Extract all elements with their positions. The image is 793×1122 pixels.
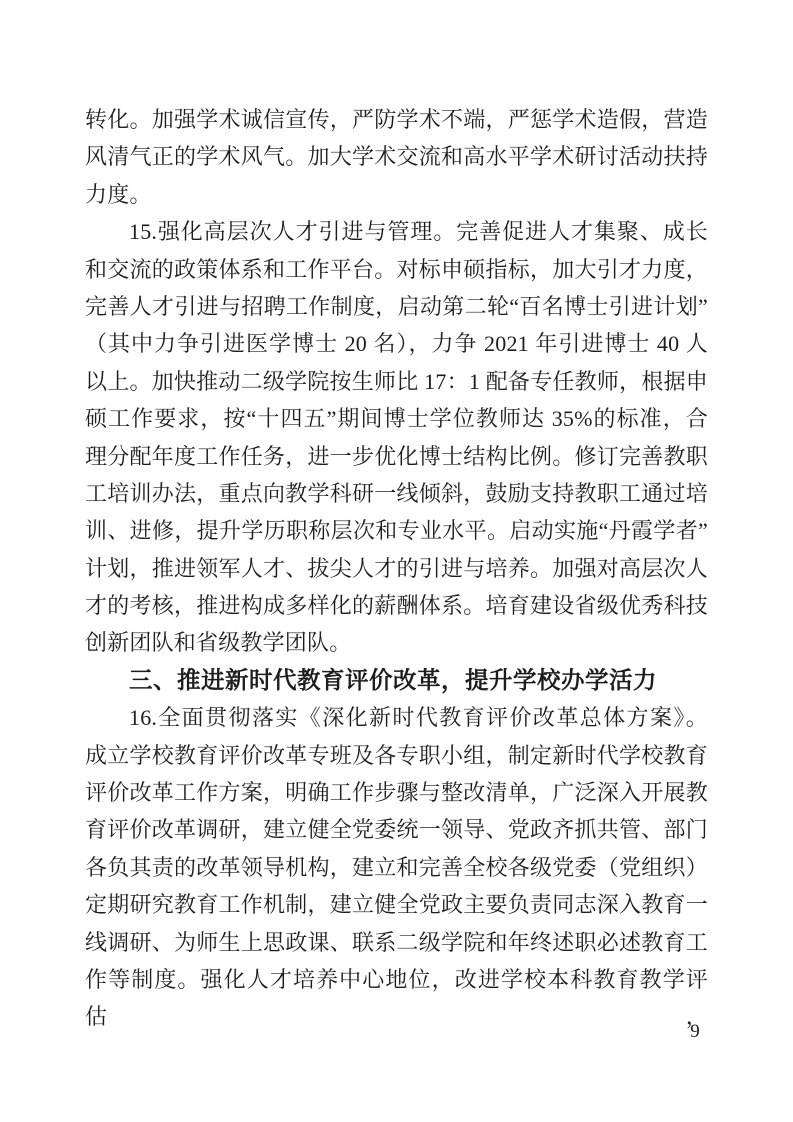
text-line: 计划，推进领军人才、拔尖人才的引进与培养。加强对高层次人: [85, 550, 708, 587]
text-line: 硕工作要求，按“十四五”期间博士学位教师达 35%的标准，合: [85, 400, 708, 437]
text-line: 力度。: [85, 176, 708, 213]
section-heading: 三、推进新时代教育评价改革，提升学校办学活力: [85, 662, 708, 699]
text-line: 风清气正的学术风气。加大学术交流和高水平学术研讨活动扶持: [85, 138, 708, 175]
document-body: 转化。加强学术诚信宣传，严防学术不端，严惩学术造假，营造风清气正的学术风气。加大…: [85, 101, 708, 998]
text-line: 作等制度。强化人才培养中心地位，改进学校本科教育教学评估，: [85, 961, 708, 998]
text-line: 转化。加强学术诚信宣传，严防学术不端，严惩学术造假，营造: [85, 101, 708, 138]
document-page: 转化。加强学术诚信宣传，严防学术不端，严惩学术造假，营造风清气正的学术风气。加大…: [0, 0, 793, 1122]
text-line: 线调研、为师生上思政课、联系二级学院和年终述职必述教育工: [85, 924, 708, 961]
text-line: 育评价改革调研，建立健全党委统一领导、党政齐抓共管、部门: [85, 811, 708, 848]
text-line: 和交流的政策体系和工作平台。对标申硕指标，加大引才力度，: [85, 251, 708, 288]
text-line: （其中力争引进医学博士 20 名），力争 2021 年引进博士 40 人: [85, 325, 708, 362]
text-line: 完善人才引进与招聘工作制度，启动第二轮“百名博士引进计划”: [85, 288, 708, 325]
text-line: 创新团队和省级教学团队。: [85, 624, 708, 661]
text-line: 各负其责的改革领导机构，建立和完善全校各级党委（党组织）: [85, 849, 708, 886]
text-line: 15.强化高层次人才引进与管理。完善促进人才集聚、成长: [85, 213, 708, 250]
text-line: 成立学校教育评价改革专班及各专职小组，制定新时代学校教育: [85, 737, 708, 774]
text-line: 定期研究教育工作机制，建立健全党政主要负责同志深入教育一: [85, 886, 708, 923]
text-line: 工培训办法，重点向教学科研一线倾斜，鼓励支持教职工通过培: [85, 475, 708, 512]
text-line: 评价改革工作方案，明确工作步骤与整改清单，广泛深入开展教: [85, 774, 708, 811]
text-line: 理分配年度工作任务，进一步优化博士结构比例。修订完善教职: [85, 438, 708, 475]
text-line: 16.全面贯彻落实《深化新时代教育评价改革总体方案》。: [85, 699, 708, 736]
text-line: 以上。加快推动二级学院按生师比 17：1 配备专任教师，根据申: [85, 363, 708, 400]
text-line: 才的考核，推进构成多样化的薪酬体系。培育建设省级优秀科技: [85, 587, 708, 624]
page-number: 9: [683, 1020, 707, 1044]
text-line: 训、进修，提升学历职称层次和专业水平。启动实施“丹霞学者”: [85, 512, 708, 549]
